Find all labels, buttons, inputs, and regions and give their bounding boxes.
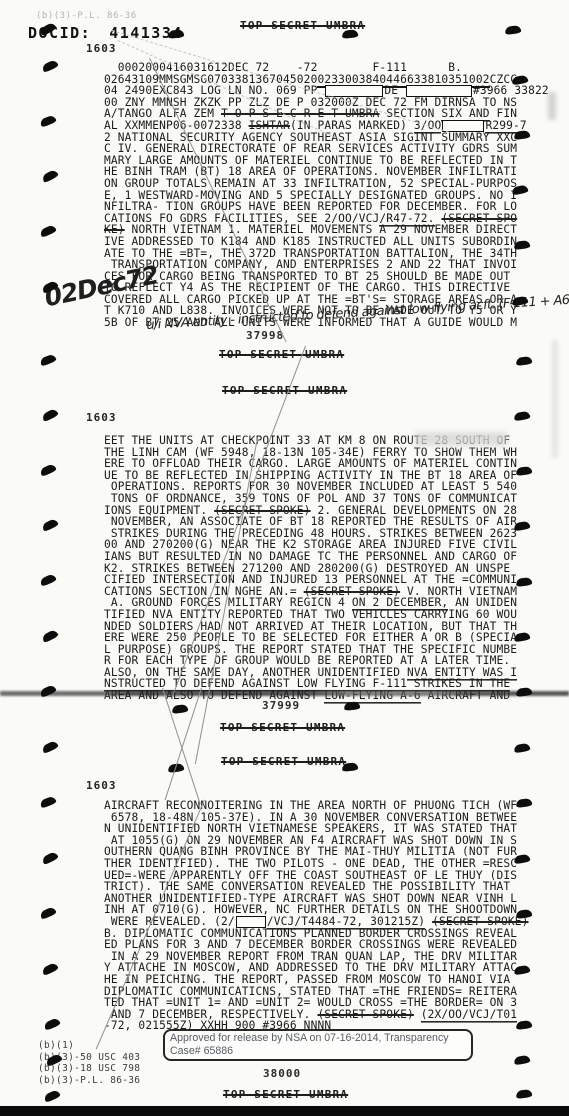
binding-mark-icon bbox=[41, 518, 59, 532]
message-body-page-3: AIRCRAFT RECONNOITERING IN THE AREA NORT… bbox=[104, 800, 554, 1032]
binding-mark-icon bbox=[41, 169, 59, 184]
foia-exemption-item: (b)(1) bbox=[38, 1040, 140, 1052]
binding-mark-icon bbox=[39, 114, 57, 127]
release-stamp: Approved for release by NSA on 07-16-201… bbox=[163, 1029, 473, 1061]
page-number: 1603 bbox=[86, 411, 117, 424]
scan-smudge bbox=[0, 691, 569, 696]
page-number: 1603 bbox=[86, 42, 117, 55]
release-stamp-line2: Case# 65886 bbox=[170, 1045, 466, 1058]
binding-mark-icon bbox=[513, 1055, 530, 1066]
page-number: 1603 bbox=[86, 779, 117, 792]
binding-mark-icon bbox=[516, 356, 533, 366]
binding-mark-icon bbox=[41, 408, 59, 422]
scan-smudge bbox=[548, 92, 556, 120]
scanned-document: (b)(3)-P.L. 86-36 DOCID:4141334 TOP SECR… bbox=[0, 0, 569, 1116]
binding-mark-icon bbox=[505, 25, 522, 35]
binding-mark-icon bbox=[39, 906, 57, 920]
classification-banner: TOP SECRET UMBRA bbox=[223, 1088, 348, 1101]
binding-mark-icon bbox=[39, 353, 57, 366]
binding-mark-icon bbox=[41, 962, 59, 976]
top-exemption-code: (b)(3)-P.L. 86-36 bbox=[36, 11, 137, 21]
serial-number: 37998 bbox=[246, 329, 284, 342]
binding-mark-icon bbox=[172, 704, 189, 714]
binding-mark-icon bbox=[39, 463, 57, 477]
release-stamp-line1: Approved for release by NSA on 07-16-201… bbox=[170, 1032, 466, 1045]
binding-mark-icon bbox=[39, 795, 57, 808]
binding-mark-icon bbox=[43, 1089, 61, 1103]
binding-mark-icon bbox=[39, 573, 57, 587]
binding-mark-icon bbox=[342, 29, 359, 39]
binding-mark-icon bbox=[344, 701, 361, 711]
foia-exemption-item: (b)(3)-P.L. 86-36 bbox=[38, 1075, 140, 1087]
binding-mark-icon bbox=[39, 224, 57, 238]
scan-smudge bbox=[415, 432, 507, 446]
binding-mark-icon bbox=[41, 851, 59, 865]
binding-mark-icon bbox=[41, 59, 59, 73]
binding-mark-icon bbox=[342, 762, 359, 772]
binding-mark-icon bbox=[513, 411, 530, 422]
binding-mark-icon bbox=[41, 629, 59, 643]
docid-label: DOCID: bbox=[28, 24, 91, 42]
message-body-page-2: EET THE UNITS AT CHECKPOINT 33 AT KM 8 O… bbox=[104, 435, 554, 702]
scan-smudge bbox=[552, 340, 558, 458]
classification-banner: TOP SECRET UMBRA bbox=[221, 755, 346, 768]
classification-banner: TOP SECRET UMBRA bbox=[222, 384, 347, 397]
classification-banner: TOP SECRET UMBRA bbox=[220, 721, 345, 734]
classification-banner: TOP SECRET UMBRA bbox=[219, 348, 344, 361]
bottom-scan-bar bbox=[0, 1106, 569, 1116]
binding-mark-icon bbox=[516, 1089, 533, 1099]
serial-number: 38000 bbox=[263, 1067, 301, 1080]
binding-mark-icon bbox=[41, 740, 59, 754]
binding-mark-icon bbox=[43, 1017, 61, 1031]
binding-mark-icon bbox=[513, 743, 530, 754]
